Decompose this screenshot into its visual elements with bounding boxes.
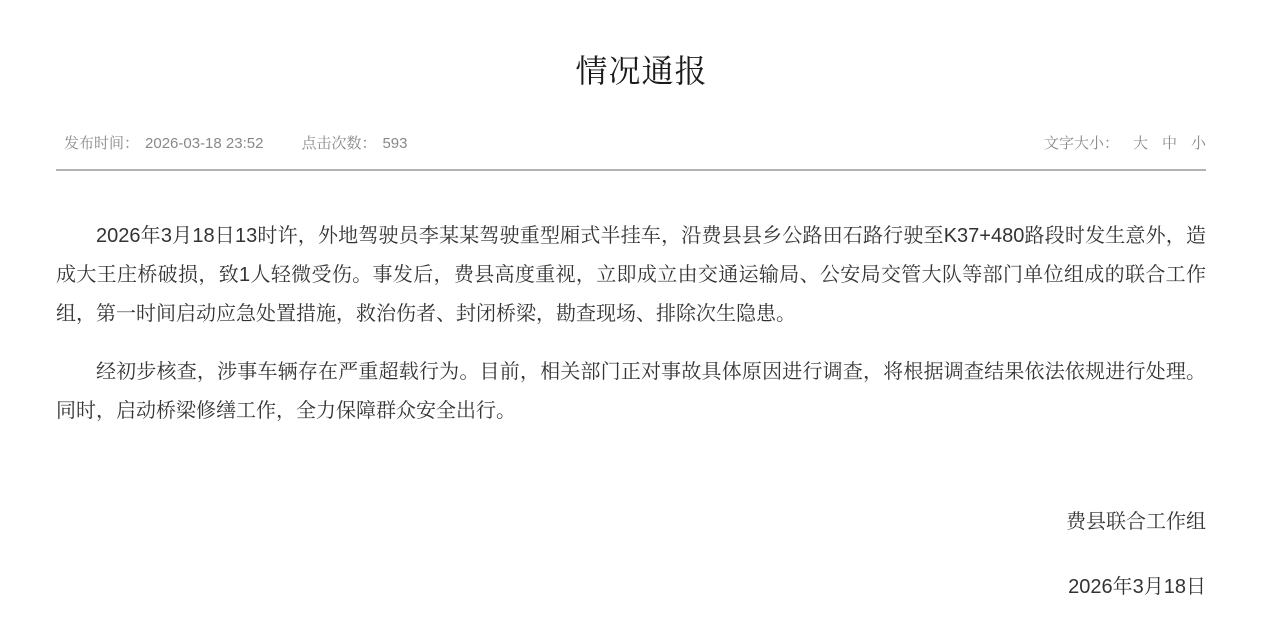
font-size-label: 文字大小： (1044, 132, 1119, 153)
font-size-control: 文字大小： 大 中 小 (1044, 132, 1206, 153)
font-size-small-button[interactable]: 小 (1191, 132, 1206, 153)
font-size-large-button[interactable]: 大 (1133, 132, 1148, 153)
hit-count-label: 点击次数： (301, 135, 376, 152)
signature: 费县联合工作组 (56, 503, 1206, 542)
publish-time-label: 发布时间： (64, 135, 139, 152)
hit-count: 点击次数：593 (301, 132, 407, 153)
publish-time: 发布时间：2026-03-18 23:52 (64, 132, 263, 153)
article-paragraph: 2026年3月18日13时许，外地驾驶员李某某驾驶重型厢式半挂车，沿费县县乡公路… (56, 217, 1206, 334)
notice-page: 情况通报 发布时间：2026-03-18 23:52 点击次数：593 文字大小… (0, 0, 1283, 629)
article-paragraph: 经初步核查，涉事车辆存在严重超载行为。目前，相关部门正对事故具体原因进行调查，将… (56, 353, 1206, 431)
signature-date: 2026年3月18日 (56, 568, 1206, 607)
page-title: 情况通报 (0, 46, 1283, 92)
content-area: 发布时间：2026-03-18 23:52 点击次数：593 文字大小： 大 中… (56, 132, 1206, 607)
publish-time-value: 2026-03-18 23:52 (145, 135, 263, 152)
article-body: 2026年3月18日13时许，外地驾驶员李某某驾驶重型厢式半挂车，沿费县县乡公路… (56, 217, 1206, 431)
meta-bar: 发布时间：2026-03-18 23:52 点击次数：593 文字大小： 大 中… (56, 132, 1206, 153)
meta-left-group: 发布时间：2026-03-18 23:52 点击次数：593 (64, 132, 446, 153)
header-divider (56, 169, 1206, 171)
hit-count-value: 593 (382, 135, 407, 152)
font-size-medium-button[interactable]: 中 (1162, 132, 1177, 153)
